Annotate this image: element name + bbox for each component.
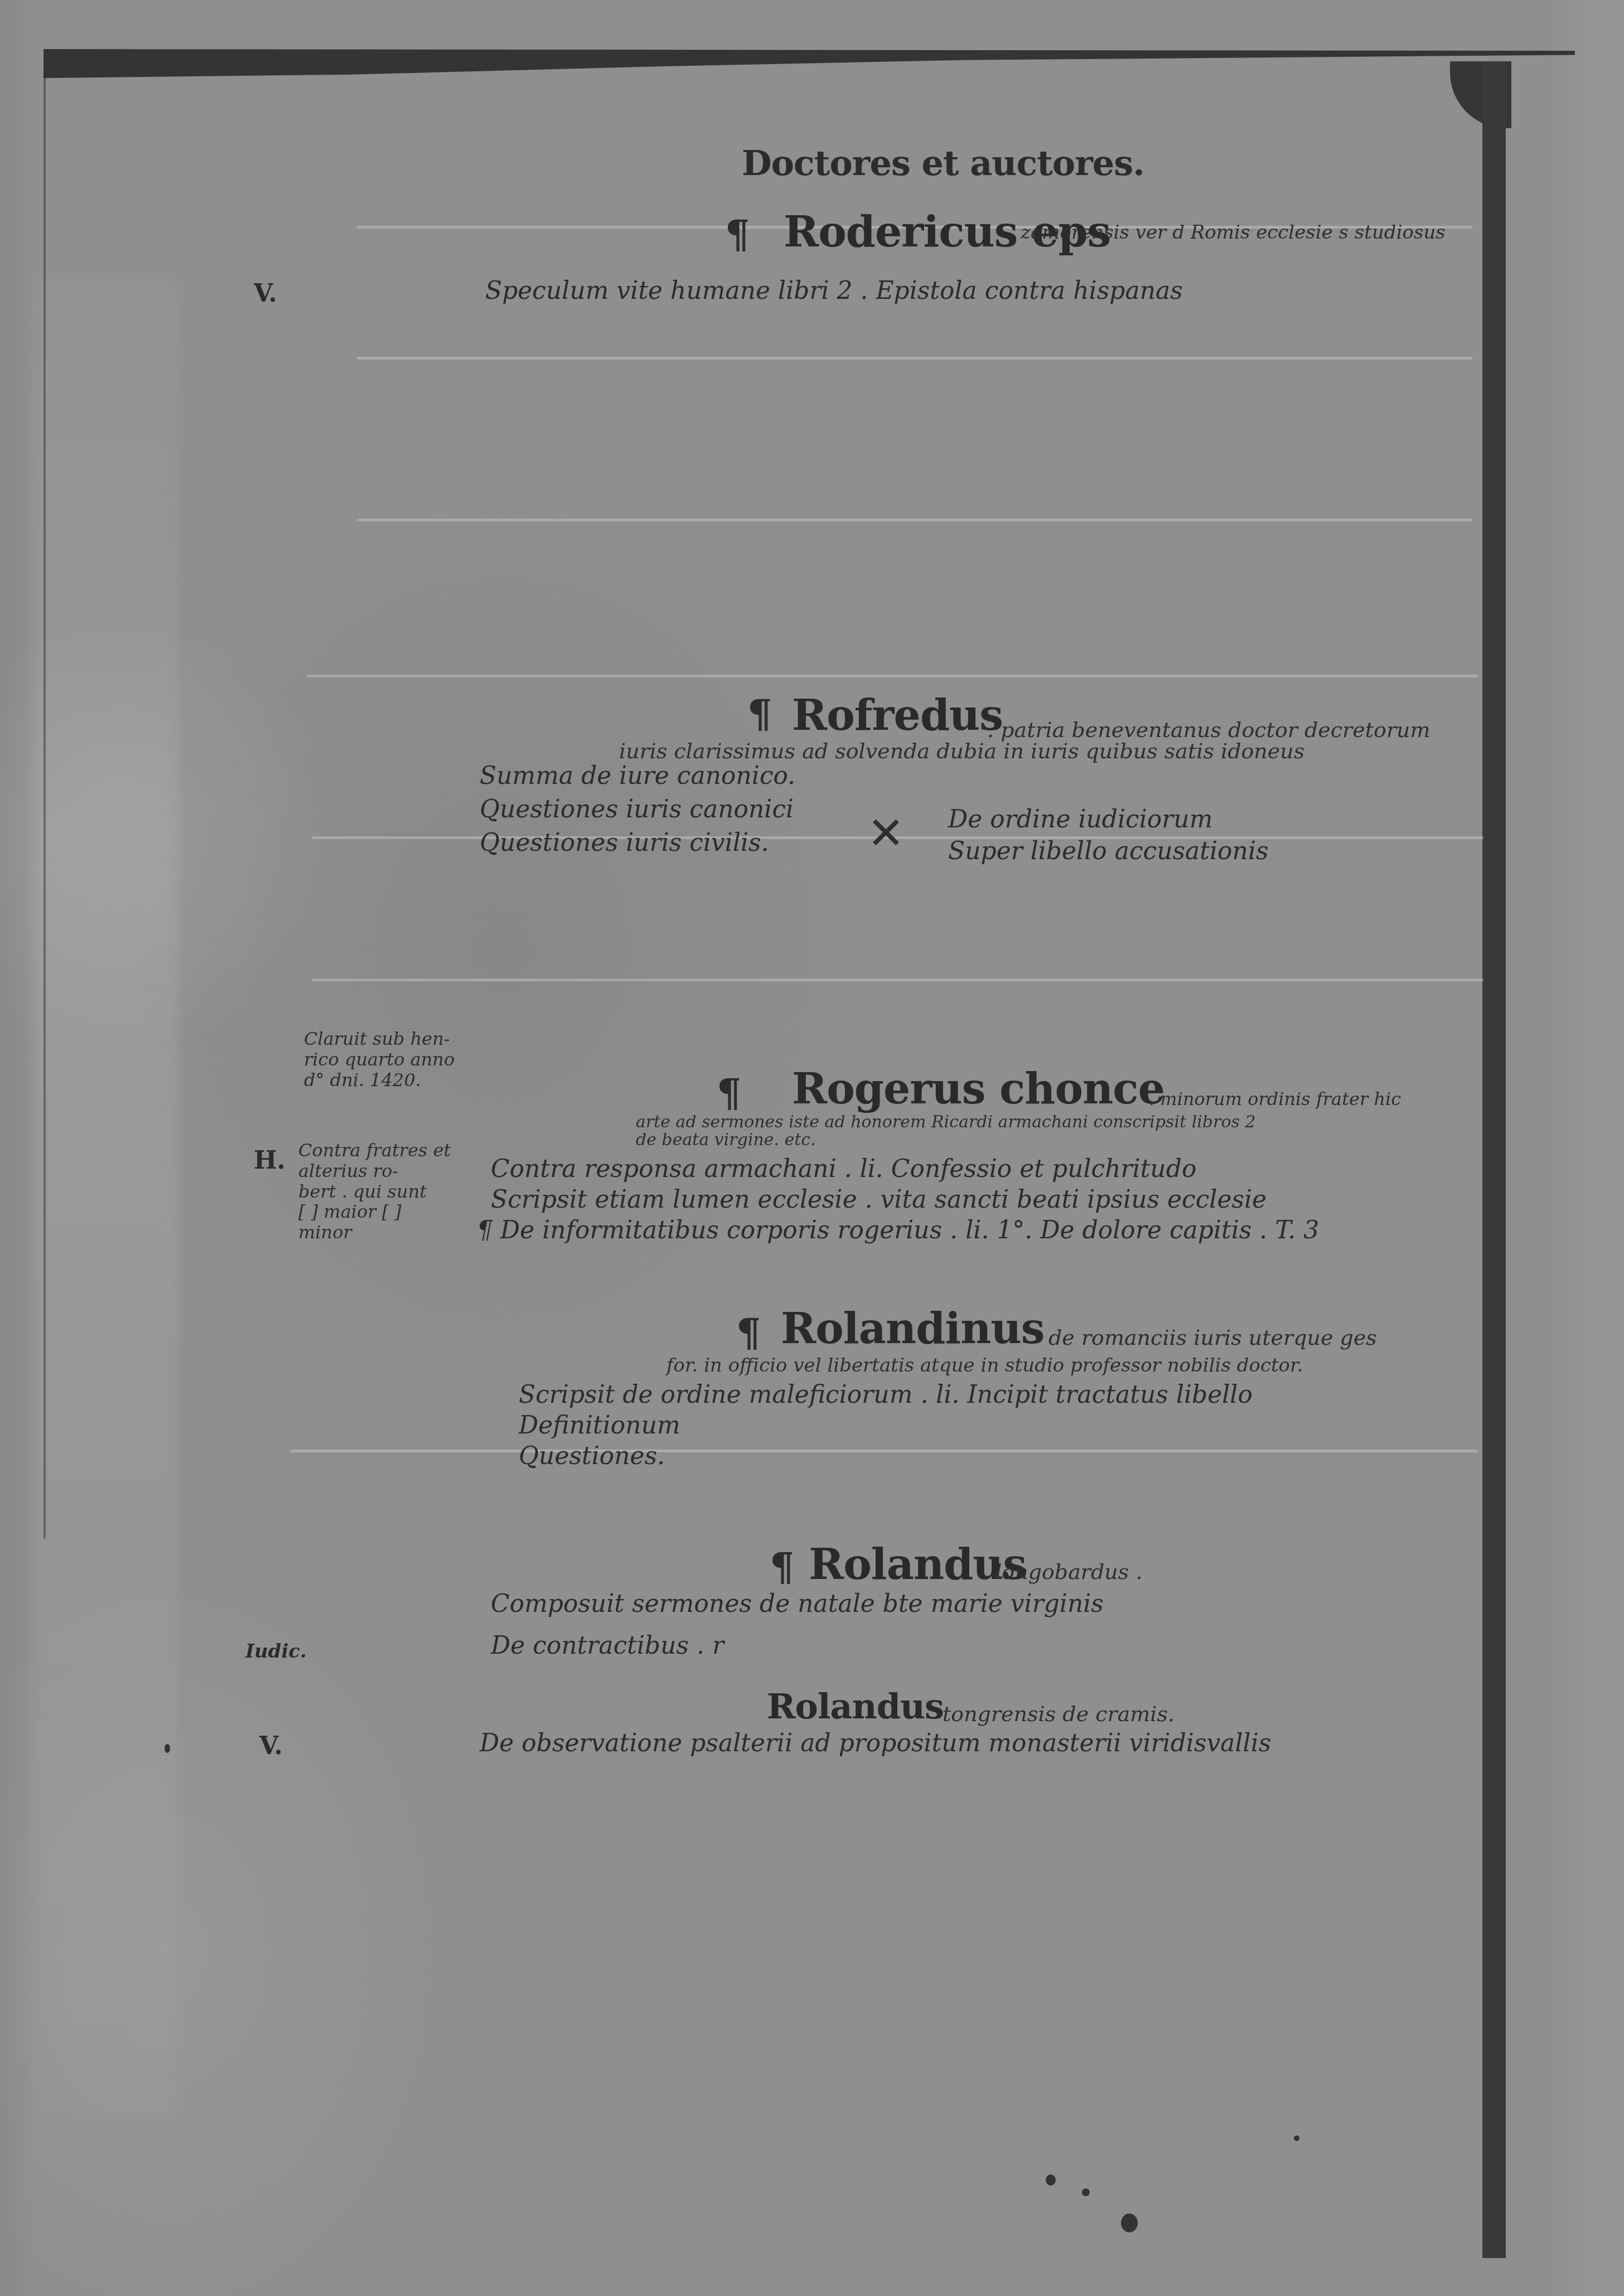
pilcrow-icon: ¶ [747,694,772,733]
ruling-line [290,1450,1478,1452]
work-item: De ordine iudiciorum [948,807,1212,832]
pilcrow-icon: ¶ [770,1547,795,1586]
entry-name: Rolandus [767,1689,944,1724]
work-item: De observatione psalterii ad propositum … [480,1731,1271,1756]
work-item: Contra responsa armachani . li. Confessi… [491,1157,1196,1181]
entry-note: . patria beneventanus doctor decretorum [987,719,1430,740]
water-stain [33,279,178,2119]
entry-name: Rolandinus [781,1307,1045,1350]
ink-spot [1121,2213,1138,2232]
entry-note: tongrensis de cramis. [942,1703,1174,1725]
ink-spot [165,1744,170,1753]
page-title: Doctores et auctores. [742,146,1144,181]
entry-note-line2: arte ad sermones iste ad honorem Ricardi… [636,1114,1256,1131]
ruling-line [357,357,1472,360]
margin-letter: V. [259,1734,283,1759]
entry-note: de romanciis iuris uterque ges [1048,1327,1377,1348]
entry-note-line2: for. in officio vel libertatis atque in … [666,1356,1303,1375]
work-item: De contractibus . r [491,1634,724,1658]
margin-note-claruit: Claruit sub hen- rico quarto anno d° dni… [304,1029,455,1090]
pilcrow-icon: ¶ [736,1313,761,1352]
margin-letter: V. [254,282,277,306]
margin-note: Iudic. [245,1642,307,1661]
cross-mark-icon: ✕ [867,811,905,856]
ink-spot [1294,2135,1299,2141]
work-item: Super libello accusationis [948,839,1269,864]
work-item: Composuit sermones de natale bte marie v… [491,1592,1104,1616]
pilcrow-icon: ¶ [717,1073,742,1112]
work-item: Scripsit etiam lumen ecclesie . vita san… [491,1188,1267,1212]
work-item: Speculum vite humane libri 2 . Epistola … [485,279,1183,303]
binding-frame-left [43,72,46,1539]
binding-frame-right [1482,61,1506,2258]
work-item: Summa de iure canonico. [480,764,795,788]
margin-note-contra: Contra fratres et alterius ro- bert . qu… [298,1140,451,1243]
entry-note: zamorensis ver d Romis ecclesie s studio… [1021,223,1446,242]
work-item: Definitionum [519,1413,680,1438]
pilcrow-icon: ¶ [725,215,750,254]
work-item: Questiones. [519,1444,665,1469]
work-item: Questiones iuris civilis. [480,831,769,855]
entry-note-line2: iuris clarissimus ad solvenda dubia in i… [619,740,1304,762]
entry-note: . longobardus . [982,1561,1142,1582]
entry-name: Rogerus chonce [792,1068,1164,1110]
ink-spot [1046,2174,1056,2186]
work-item: Scripsit de ordine maleficiorum . li. In… [519,1383,1253,1407]
entry-note-line3: de beata virgine. etc. [636,1132,816,1149]
work-item: ¶ De informitatibus corporis rogerius . … [477,1218,1319,1243]
entry-name: Rofredus [792,694,1003,737]
work-item: Questiones iuris canonici [480,797,794,822]
ink-spot [1082,2188,1090,2196]
ruling-line [312,979,1483,981]
ruling-line [307,675,1478,677]
margin-letter: H. [254,1149,286,1173]
ruling-line [357,519,1472,521]
entry-note: . minorum ordinis frater hic [1149,1090,1401,1108]
